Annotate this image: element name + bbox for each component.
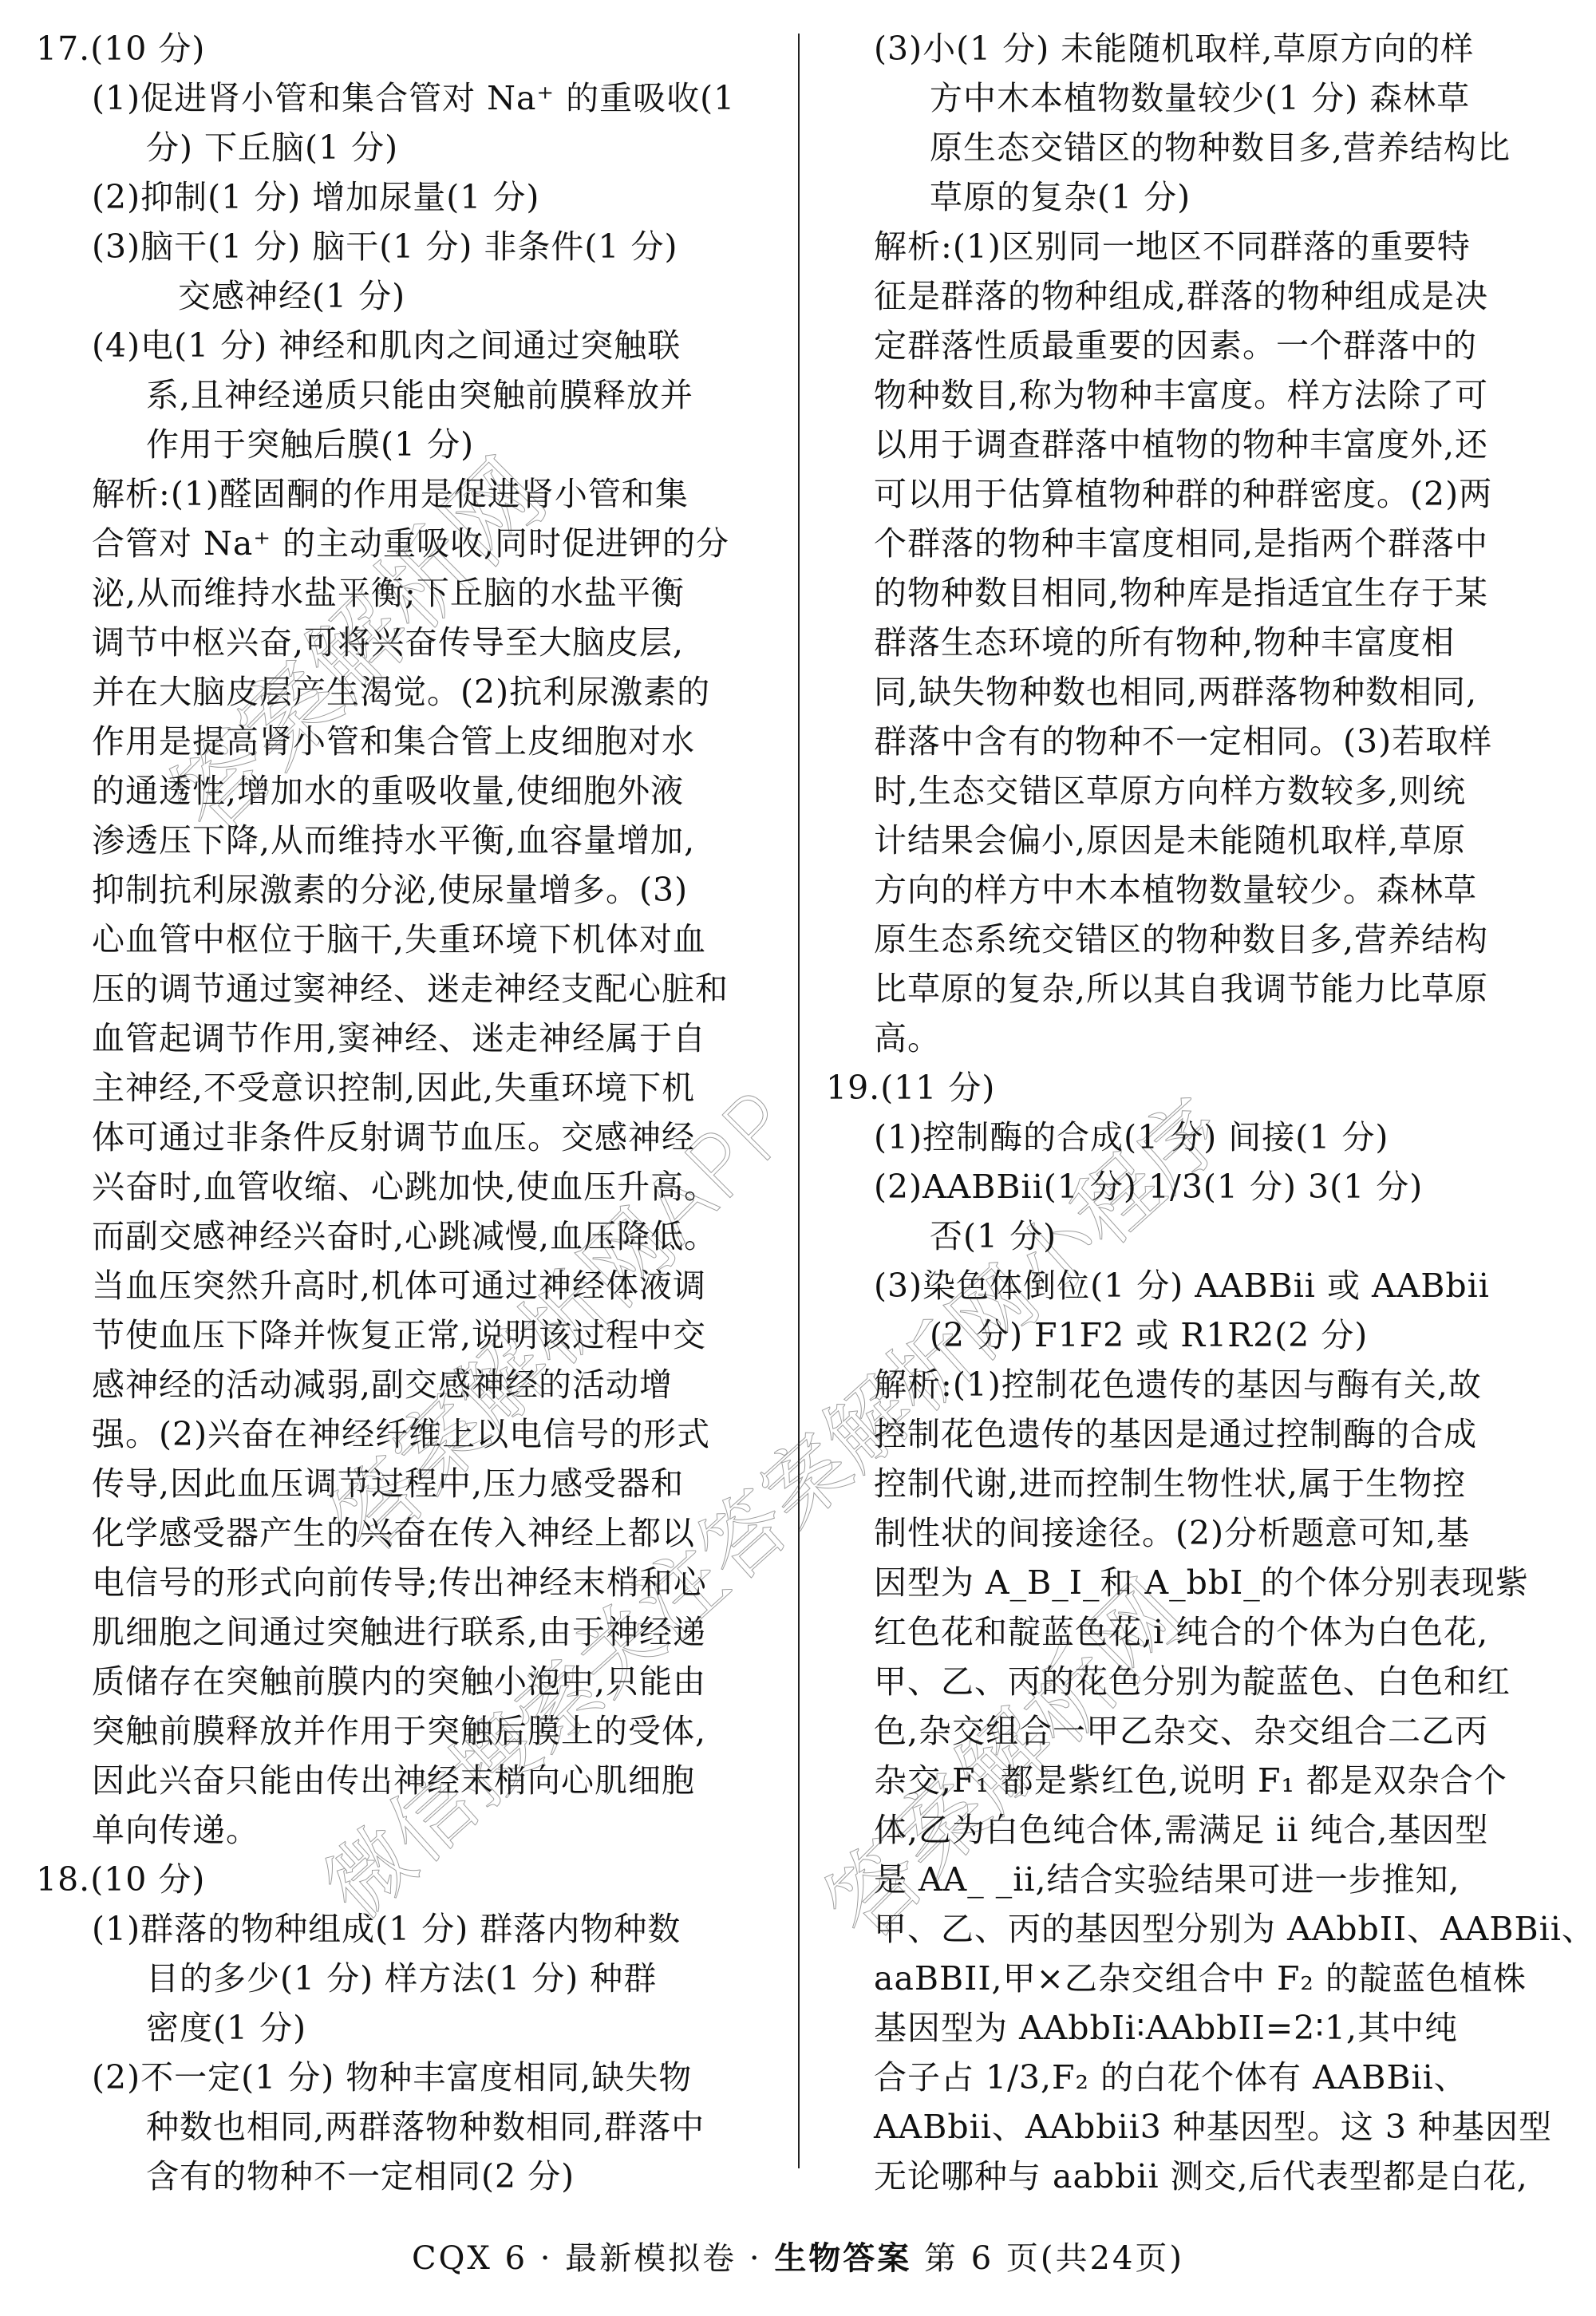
answer-line: (3)染色体倒位(1 分) AABBii 或 AABbii: [874, 1261, 1576, 1310]
explanation-line: 电信号的形式向前传导;传出神经末梢和心: [36, 1558, 738, 1607]
answer-line: (2)抑制(1 分) 增加尿量(1 分): [36, 172, 738, 222]
explanation-line: 原生态系统交错区的物种数目多,营养结构: [874, 915, 1576, 964]
question-heading: 18.(10 分): [36, 1855, 738, 1904]
explanation-line: 渗透压下降,从而维持水平衡,血容量增加,: [36, 816, 738, 865]
explanation-line: 杂交,F₁ 都是紫红色,说明 F₁ 都是双杂合个: [874, 1756, 1576, 1805]
explanation-line: 肌细胞之间通过突触进行联系,由于神经递: [36, 1607, 738, 1657]
answer-line: 作用于突触后膜(1 分): [36, 420, 738, 469]
explanation-line: 解析:(1)区别同一地区不同群落的重要特: [874, 222, 1576, 271]
answer-line: (3)小(1 分) 未能随机取样,草原方向的样: [874, 24, 1576, 73]
explanation-line: 合子占 1/3,F₂ 的白花个体有 AABBii、: [874, 2053, 1576, 2102]
explanation-line: 群落生态环境的所有物种,物种丰富度相: [874, 618, 1576, 667]
explanation-line: 感神经的活动减弱,副交感神经的活动增: [36, 1360, 738, 1409]
question-heading: 17.(10 分): [36, 24, 738, 73]
explanation-line: 的物种数目相同,物种库是指适宜生存于某: [874, 568, 1576, 618]
explanation-line: 征是群落的物种组成,群落的物种组成是决: [874, 271, 1576, 321]
explanation-line: 个群落的物种丰富度相同,是指两个群落中: [874, 519, 1576, 568]
explanation-line: 强。(2)兴奋在神经纤维上以电信号的形式: [36, 1409, 738, 1459]
explanation-line: 质储存在突触前膜内的突触小泡中,只能由: [36, 1657, 738, 1706]
answer-line: (2)不一定(1 分) 物种丰富度相同,缺失物: [36, 2053, 738, 2102]
answer-line: (1)群落的物种组成(1 分) 群落内物种数: [36, 1904, 738, 1954]
left-column: 17.(10 分)(1)促进肾小管和集合管对 Na⁺ 的重吸收(1分) 下丘脑(…: [36, 24, 738, 2201]
explanation-line: 无论哪种与 aabbii 测交,后代表型都是白花,: [874, 2152, 1576, 2201]
footer-page-number: 第 6 页(共24页): [911, 2240, 1184, 2277]
explanation-line: 兴奋时,血管收缩、心跳加快,使血压升高。: [36, 1162, 738, 1211]
explanation-line: 而副交感神经兴奋时,心跳减慢,血压降低。: [36, 1211, 738, 1261]
explanation-line: 色,杂交组合一甲乙杂交、杂交组合二乙丙: [874, 1706, 1576, 1756]
explanation-line: 比草原的复杂,所以其自我调节能力比草原: [874, 964, 1576, 1014]
explanation-line: 的通透性,增加水的重吸收量,使细胞外液: [36, 766, 738, 816]
answer-line: 原生态交错区的物种数目多,营养结构比: [874, 123, 1576, 172]
footer-subject: 生物答案: [774, 2240, 911, 2277]
explanation-line: 物种数目,称为物种丰富度。样方法除了可: [874, 370, 1576, 420]
answer-line: (4)电(1 分) 神经和肌肉之间通过突触联: [36, 321, 738, 370]
answer-line: (2)AABBii(1 分) 1/3(1 分) 3(1 分): [874, 1162, 1576, 1211]
explanation-line: 体可通过非条件反射调节血压。交感神经: [36, 1113, 738, 1162]
answer-line: 系,且神经递质只能由突触前膜释放并: [36, 370, 738, 420]
answer-line: (1)控制酶的合成(1 分) 间接(1 分): [874, 1113, 1576, 1162]
explanation-line: 时,生态交错区草原方向样方数较多,则统: [874, 766, 1576, 816]
answer-line: 方中木本植物数量较少(1 分) 森林草: [874, 73, 1576, 123]
explanation-line: 泌,从而维持水盐平衡;下丘脑的水盐平衡: [36, 568, 738, 618]
footer-series: CQX 6 · 最新模拟卷 ·: [412, 2240, 774, 2277]
answer-line: 目的多少(1 分) 样方法(1 分) 种群: [36, 1954, 738, 2003]
explanation-line: 传导,因此血压调节过程中,压力感受器和: [36, 1459, 738, 1508]
explanation-line: 高。: [874, 1014, 1576, 1063]
answer-line: 含有的物种不一定相同(2 分): [36, 2152, 738, 2201]
answer-line: 分) 下丘脑(1 分): [36, 123, 738, 172]
answer-line: 否(1 分): [874, 1211, 1576, 1261]
explanation-line: 甲、乙、丙的花色分别为靛蓝色、白色和红: [874, 1657, 1576, 1706]
explanation-line: 心血管中枢位于脑干,失重环境下机体对血: [36, 915, 738, 964]
answer-line: 草原的复杂(1 分): [874, 172, 1576, 222]
page-footer: CQX 6 · 最新模拟卷 · 生物答案 第 6 页(共24页): [0, 2235, 1596, 2282]
explanation-line: 抑制抗利尿激素的分泌,使尿量增多。(3): [36, 865, 738, 915]
explanation-line: 突触前膜释放并作用于突触后膜上的受体,: [36, 1706, 738, 1756]
explanation-line: 群落中含有的物种不一定相同。(3)若取样: [874, 717, 1576, 766]
explanation-line: 合管对 Na⁺ 的主动重吸收,同时促进钾的分: [36, 519, 738, 568]
explanation-line: 同,缺失物种数也相同,两群落物种数相同,: [874, 667, 1576, 717]
answer-line: (1)促进肾小管和集合管对 Na⁺ 的重吸收(1: [36, 73, 738, 123]
explanation-line: 因此兴奋只能由传出神经末梢向心肌细胞: [36, 1756, 738, 1805]
explanation-line: 化学感受器产生的兴奋在传入神经上都以: [36, 1508, 738, 1558]
explanation-line: 控制花色遗传的基因是通过控制酶的合成: [874, 1409, 1576, 1459]
explanation-line: 并在大脑皮层产生渴觉。(2)抗利尿激素的: [36, 667, 738, 717]
explanation-line: 基因型为 AAbbIi∶AAbbII=2∶1,其中纯: [874, 2003, 1576, 2053]
explanation-line: 可以用于估算植物种群的种群密度。(2)两: [874, 469, 1576, 519]
explanation-line: 因型为 A_B_I_和 A_bbI_的个体分别表现紫: [874, 1558, 1576, 1607]
explanation-line: 定群落性质最重要的因素。一个群落中的: [874, 321, 1576, 370]
answer-line: 密度(1 分): [36, 2003, 738, 2053]
explanation-line: 体,乙为白色纯合体,需满足 ii 纯合,基因型: [874, 1805, 1576, 1855]
explanation-line: 方向的样方中木本植物数量较少。森林草: [874, 865, 1576, 915]
explanation-line: 压的调节通过窦神经、迷走神经支配心脏和: [36, 964, 738, 1014]
explanation-line: 制性状的间接途径。(2)分析题意可知,基: [874, 1508, 1576, 1558]
explanation-line: 当血压突然升高时,机体可通过神经体液调: [36, 1261, 738, 1310]
explanation-line: 控制代谢,进而控制生物性状,属于生物控: [874, 1459, 1576, 1508]
explanation-line: 血管起调节作用,窦神经、迷走神经属于自: [36, 1014, 738, 1063]
answer-line: (2 分) F1F2 或 R1R2(2 分): [874, 1310, 1576, 1360]
explanation-line: AABbii、AAbbii3 种基因型。这 3 种基因型: [874, 2102, 1576, 2152]
explanation-line: 解析:(1)醛固酮的作用是促进肾小管和集: [36, 469, 738, 519]
explanation-line: 是 AA_ _ii,结合实验结果可进一步推知,: [874, 1855, 1576, 1904]
explanation-line: 红色花和靛蓝色花,i 纯合的个体为白色花,: [874, 1607, 1576, 1657]
column-divider: [798, 34, 800, 2168]
explanation-line: aaBBII,甲×乙杂交组合中 F₂ 的靛蓝色植株: [874, 1954, 1576, 2003]
answer-line: 交感神经(1 分): [36, 271, 738, 321]
explanation-line: 主神经,不受意识控制,因此,失重环境下机: [36, 1063, 738, 1113]
explanation-line: 计结果会偏小,原因是未能随机取样,草原: [874, 816, 1576, 865]
explanation-line: 解析:(1)控制花色遗传的基因与酶有关,故: [874, 1360, 1576, 1409]
explanation-line: 作用是提高肾小管和集合管上皮细胞对水: [36, 717, 738, 766]
answer-sheet-page: 17.(10 分)(1)促进肾小管和集合管对 Na⁺ 的重吸收(1分) 下丘脑(…: [0, 0, 1596, 2316]
question-heading: 19.(11 分): [826, 1063, 1576, 1113]
explanation-line: 甲、乙、丙的基因型分别为 AAbbII、AABBii、: [874, 1904, 1576, 1954]
answer-line: (3)脑干(1 分) 脑干(1 分) 非条件(1 分): [36, 222, 738, 271]
answer-line: 种数也相同,两群落物种数相同,群落中: [36, 2102, 738, 2152]
right-column: (3)小(1 分) 未能随机取样,草原方向的样方中木本植物数量较少(1 分) 森…: [874, 24, 1576, 2201]
explanation-line: 单向传递。: [36, 1805, 738, 1855]
explanation-line: 以用于调查群落中植物的物种丰富度外,还: [874, 420, 1576, 469]
explanation-line: 节使血压下降并恢复正常,说明该过程中交: [36, 1310, 738, 1360]
explanation-line: 调节中枢兴奋,可将兴奋传导至大脑皮层,: [36, 618, 738, 667]
